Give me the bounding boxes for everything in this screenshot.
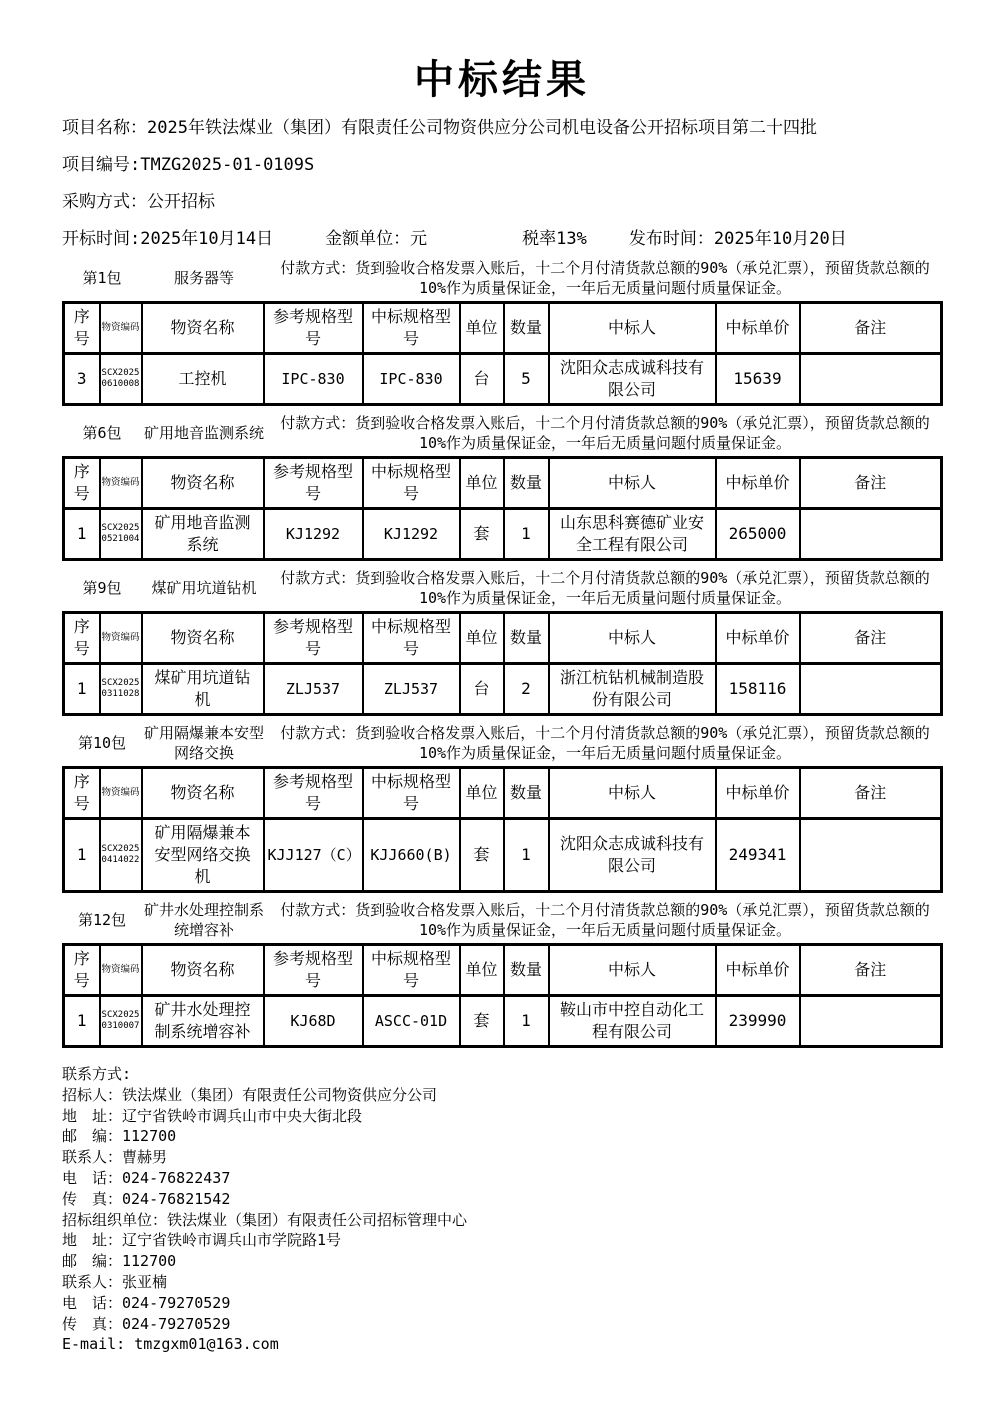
cell-remark — [800, 819, 942, 892]
col-header-win-spec: 中标规格型号 — [363, 303, 460, 354]
col-header-win-spec: 中标规格型号 — [363, 945, 460, 996]
cell-code: SCX20250310007 — [100, 996, 142, 1047]
package-number: 第1包 — [62, 268, 142, 288]
payment-terms: 付款方式：货到验收合格发票入账后，十二个月付清货款总额的90%（承兑汇票），预留… — [266, 900, 942, 940]
cell-remark — [800, 509, 942, 560]
contact-fax-1: 传 真：024-76821542 — [62, 1189, 942, 1210]
package-name: 矿用地音监测系统 — [142, 423, 266, 443]
col-header-seq: 序号 — [64, 945, 100, 996]
col-header-remark: 备注 — [800, 768, 942, 819]
contact-fax-2: 传 真：024-79270529 — [62, 1314, 942, 1335]
col-header-win-spec: 中标规格型号 — [363, 613, 460, 664]
package-section-10: 第10包 矿用隔爆兼本安型网络交换 付款方式：货到验收合格发票入账后，十二个月付… — [62, 723, 942, 893]
cell-unit: 台 — [460, 664, 504, 715]
col-header-win-spec: 中标规格型号 — [363, 768, 460, 819]
package-name: 服务器等 — [142, 268, 266, 288]
package-section-1: 第1包 服务器等 付款方式：货到验收合格发票入账后，十二个月付清货款总额的90%… — [62, 258, 942, 406]
cell-ref-spec: KJJ127（C） — [264, 819, 363, 892]
col-header-unit: 单位 — [460, 945, 504, 996]
bid-result-table: 序号 物资编码 物资名称 参考规格型号 中标规格型号 单位 数量 中标人 中标单… — [62, 611, 943, 716]
col-header-item: 物资名称 — [142, 768, 264, 819]
col-header-seq: 序号 — [64, 768, 100, 819]
col-header-seq: 序号 — [64, 303, 100, 354]
procurement-method-line: 采购方式：公开招标 — [62, 190, 942, 214]
cell-remark — [800, 996, 942, 1047]
cell-winner: 沈阳众志成诚科技有限公司 — [549, 819, 716, 892]
cell-win-spec: ASCC-01D — [363, 996, 460, 1047]
cell-unit: 套 — [460, 509, 504, 560]
project-number-label: 项目编号: — [62, 155, 140, 175]
table-row: 1 SCX20250310007 矿井水处理控制系统增容补 KJ68D ASCC… — [64, 996, 942, 1047]
cell-code: SCX20250610008 — [100, 354, 142, 405]
cell-price: 265000 — [716, 509, 800, 560]
cell-item: 工控机 — [142, 354, 264, 405]
contact-email: E-mail: tmzgxm01@163.com — [62, 1334, 942, 1355]
contact-bidder: 招标人：铁法煤业（集团）有限责任公司物资供应分公司 — [62, 1085, 942, 1106]
payment-terms: 付款方式：货到验收合格发票入账后，十二个月付清货款总额的90%（承兑汇票），预留… — [266, 258, 942, 298]
cell-seq: 1 — [64, 996, 100, 1047]
cell-seq: 1 — [64, 664, 100, 715]
cell-price: 249341 — [716, 819, 800, 892]
bid-result-table: 序号 物资编码 物资名称 参考规格型号 中标规格型号 单位 数量 中标人 中标单… — [62, 766, 943, 893]
package-name: 煤矿用坑道钻机 — [142, 578, 266, 598]
project-number-value: TMZG2025-01-0109S — [140, 155, 314, 175]
col-header-winner: 中标人 — [549, 458, 716, 509]
contact-postcode-1: 邮 编：112700 — [62, 1126, 942, 1147]
bid-info-row: 开标时间:2025年10月14日 金额单位：元 税率13% 发布时间：2025年… — [62, 227, 942, 251]
package-section-9: 第9包 煤矿用坑道钻机 付款方式：货到验收合格发票入账后，十二个月付清货款总额的… — [62, 568, 942, 716]
package-header: 第12包 矿井水处理控制系统增容补 付款方式：货到验收合格发票入账后，十二个月付… — [62, 900, 942, 940]
package-name: 矿用隔爆兼本安型网络交换 — [142, 723, 266, 763]
col-header-remark: 备注 — [800, 945, 942, 996]
cell-win-spec: KJ1292 — [363, 509, 460, 560]
procurement-method-label: 采购方式： — [62, 192, 147, 212]
col-header-winner: 中标人 — [549, 945, 716, 996]
col-header-qty: 数量 — [504, 303, 549, 354]
col-header-ref-spec: 参考规格型号 — [264, 303, 363, 354]
cell-seq: 1 — [64, 819, 100, 892]
package-section-6: 第6包 矿用地音监测系统 付款方式：货到验收合格发票入账后，十二个月付清货款总额… — [62, 413, 942, 561]
col-header-item: 物资名称 — [142, 945, 264, 996]
table-row: 1 SCX20250521004 矿用地音监测系统 KJ1292 KJ1292 … — [64, 509, 942, 560]
amount-unit: 金额单位：元 — [325, 227, 427, 251]
cell-ref-spec: KJ1292 — [264, 509, 363, 560]
package-section-12: 第12包 矿井水处理控制系统增容补 付款方式：货到验收合格发票入账后，十二个月付… — [62, 900, 942, 1048]
cell-item: 煤矿用坑道钻机 — [142, 664, 264, 715]
contact-postcode-2: 邮 编：112700 — [62, 1251, 942, 1272]
project-name-line: 项目名称：2025年铁法煤业（集团）有限责任公司物资供应分公司机电设备公开招标项… — [62, 116, 942, 140]
col-header-code: 物资编码 — [100, 945, 142, 996]
table-row: 3 SCX20250610008 工控机 IPC-830 IPC-830 台 5… — [64, 354, 942, 405]
col-header-price: 中标单价 — [716, 945, 800, 996]
project-number-line: 项目编号:TMZG2025-01-0109S — [62, 153, 942, 177]
table-header-row: 序号 物资编码 物资名称 参考规格型号 中标规格型号 单位 数量 中标人 中标单… — [64, 945, 942, 996]
cell-unit: 台 — [460, 354, 504, 405]
col-header-unit: 单位 — [460, 768, 504, 819]
cell-qty: 5 — [504, 354, 549, 405]
payment-terms: 付款方式：货到验收合格发票入账后，十二个月付清货款总额的90%（承兑汇票），预留… — [266, 568, 942, 608]
contact-org-unit: 招标组织单位：铁法煤业（集团）有限责任公司招标管理中心 — [62, 1210, 942, 1231]
contact-person-1: 联系人：曹赫男 — [62, 1147, 942, 1168]
col-header-qty: 数量 — [504, 613, 549, 664]
col-header-item: 物资名称 — [142, 613, 264, 664]
package-header: 第9包 煤矿用坑道钻机 付款方式：货到验收合格发票入账后，十二个月付清货款总额的… — [62, 568, 942, 608]
table-header-row: 序号 物资编码 物资名称 参考规格型号 中标规格型号 单位 数量 中标人 中标单… — [64, 458, 942, 509]
bid-result-document: 中标结果 项目名称：2025年铁法煤业（集团）有限责任公司物资供应分公司机电设备… — [0, 0, 992, 1355]
package-number: 第12包 — [62, 910, 142, 930]
package-header: 第1包 服务器等 付款方式：货到验收合格发票入账后，十二个月付清货款总额的90%… — [62, 258, 942, 298]
package-number: 第10包 — [62, 733, 142, 753]
cell-code: SCX20250521004 — [100, 509, 142, 560]
col-header-price: 中标单价 — [716, 768, 800, 819]
cell-qty: 2 — [504, 664, 549, 715]
col-header-qty: 数量 — [504, 458, 549, 509]
cell-win-spec: ZLJ537 — [363, 664, 460, 715]
contact-phone-1: 电 话：024-76822437 — [62, 1168, 942, 1189]
col-header-remark: 备注 — [800, 458, 942, 509]
cell-unit: 套 — [460, 996, 504, 1047]
cell-qty: 1 — [504, 996, 549, 1047]
cell-code: SCX20250311028 — [100, 664, 142, 715]
page-title: 中标结果 — [62, 56, 942, 104]
procurement-method-value: 公开招标 — [147, 192, 215, 212]
open-time: 开标时间:2025年10月14日 — [62, 227, 273, 251]
col-header-unit: 单位 — [460, 613, 504, 664]
table-header-row: 序号 物资编码 物资名称 参考规格型号 中标规格型号 单位 数量 中标人 中标单… — [64, 768, 942, 819]
contact-block: 联系方式: 招标人：铁法煤业（集团）有限责任公司物资供应分公司 地 址：辽宁省铁… — [62, 1064, 942, 1355]
col-header-ref-spec: 参考规格型号 — [264, 945, 363, 996]
publish-time: 发布时间：2025年10月20日 — [629, 227, 847, 251]
col-header-winner: 中标人 — [549, 613, 716, 664]
payment-terms: 付款方式：货到验收合格发票入账后，十二个月付清货款总额的90%（承兑汇票），预留… — [266, 413, 942, 453]
col-header-remark: 备注 — [800, 303, 942, 354]
col-header-item: 物资名称 — [142, 458, 264, 509]
cell-remark — [800, 354, 942, 405]
cell-remark — [800, 664, 942, 715]
col-header-winner: 中标人 — [549, 768, 716, 819]
cell-ref-spec: IPC-830 — [264, 354, 363, 405]
project-name-label: 项目名称： — [62, 118, 147, 138]
cell-item: 矿用隔爆兼本安型网络交换机 — [142, 819, 264, 892]
cell-price: 239990 — [716, 996, 800, 1047]
col-header-code: 物资编码 — [100, 303, 142, 354]
col-header-item: 物资名称 — [142, 303, 264, 354]
cell-qty: 1 — [504, 509, 549, 560]
cell-unit: 套 — [460, 819, 504, 892]
package-number: 第6包 — [62, 423, 142, 443]
col-header-winner: 中标人 — [549, 303, 716, 354]
col-header-seq: 序号 — [64, 458, 100, 509]
cell-seq: 3 — [64, 354, 100, 405]
col-header-qty: 数量 — [504, 945, 549, 996]
cell-price: 15639 — [716, 354, 800, 405]
cell-seq: 1 — [64, 509, 100, 560]
col-header-code: 物资编码 — [100, 458, 142, 509]
cell-win-spec: IPC-830 — [363, 354, 460, 405]
package-header: 第6包 矿用地音监测系统 付款方式：货到验收合格发票入账后，十二个月付清货款总额… — [62, 413, 942, 453]
contact-phone-2: 电 话：024-79270529 — [62, 1293, 942, 1314]
table-row: 1 SCX20250414022 矿用隔爆兼本安型网络交换机 KJJ127（C）… — [64, 819, 942, 892]
cell-item: 矿用地音监测系统 — [142, 509, 264, 560]
tax-rate: 税率13% — [522, 227, 587, 251]
col-header-remark: 备注 — [800, 613, 942, 664]
col-header-code: 物资编码 — [100, 768, 142, 819]
contact-address-2: 地 址：辽宁省铁岭市调兵山市学院路1号 — [62, 1230, 942, 1251]
cell-item: 矿井水处理控制系统增容补 — [142, 996, 264, 1047]
col-header-price: 中标单价 — [716, 458, 800, 509]
payment-terms: 付款方式：货到验收合格发票入账后，十二个月付清货款总额的90%（承兑汇票），预留… — [266, 723, 942, 763]
col-header-code: 物资编码 — [100, 613, 142, 664]
package-name: 矿井水处理控制系统增容补 — [142, 900, 266, 940]
col-header-price: 中标单价 — [716, 613, 800, 664]
table-row: 1 SCX20250311028 煤矿用坑道钻机 ZLJ537 ZLJ537 台… — [64, 664, 942, 715]
cell-ref-spec: KJ68D — [264, 996, 363, 1047]
col-header-ref-spec: 参考规格型号 — [264, 768, 363, 819]
contact-heading: 联系方式: — [62, 1064, 942, 1085]
bid-result-table: 序号 物资编码 物资名称 参考规格型号 中标规格型号 单位 数量 中标人 中标单… — [62, 456, 943, 561]
package-number: 第9包 — [62, 578, 142, 598]
table-header-row: 序号 物资编码 物资名称 参考规格型号 中标规格型号 单位 数量 中标人 中标单… — [64, 613, 942, 664]
col-header-win-spec: 中标规格型号 — [363, 458, 460, 509]
cell-qty: 1 — [504, 819, 549, 892]
cell-winner: 沈阳众志成诚科技有限公司 — [549, 354, 716, 405]
contact-person-2: 联系人：张亚楠 — [62, 1272, 942, 1293]
cell-winner: 山东思科赛德矿业安全工程有限公司 — [549, 509, 716, 560]
col-header-qty: 数量 — [504, 768, 549, 819]
col-header-unit: 单位 — [460, 458, 504, 509]
cell-ref-spec: ZLJ537 — [264, 664, 363, 715]
col-header-seq: 序号 — [64, 613, 100, 664]
col-header-unit: 单位 — [460, 303, 504, 354]
cell-winner: 浙江杭钻机械制造股份有限公司 — [549, 664, 716, 715]
contact-address-1: 地 址：辽宁省铁岭市调兵山市中央大街北段 — [62, 1106, 942, 1127]
bid-result-table: 序号 物资编码 物资名称 参考规格型号 中标规格型号 单位 数量 中标人 中标单… — [62, 301, 943, 406]
project-name-value: 2025年铁法煤业（集团）有限责任公司物资供应分公司机电设备公开招标项目第二十四… — [147, 118, 817, 138]
cell-code: SCX20250414022 — [100, 819, 142, 892]
cell-winner: 鞍山市中控自动化工程有限公司 — [549, 996, 716, 1047]
col-header-ref-spec: 参考规格型号 — [264, 613, 363, 664]
col-header-price: 中标单价 — [716, 303, 800, 354]
cell-win-spec: KJJ660(B) — [363, 819, 460, 892]
bid-result-table: 序号 物资编码 物资名称 参考规格型号 中标规格型号 单位 数量 中标人 中标单… — [62, 943, 943, 1048]
table-header-row: 序号 物资编码 物资名称 参考规格型号 中标规格型号 单位 数量 中标人 中标单… — [64, 303, 942, 354]
package-header: 第10包 矿用隔爆兼本安型网络交换 付款方式：货到验收合格发票入账后，十二个月付… — [62, 723, 942, 763]
col-header-ref-spec: 参考规格型号 — [264, 458, 363, 509]
cell-price: 158116 — [716, 664, 800, 715]
